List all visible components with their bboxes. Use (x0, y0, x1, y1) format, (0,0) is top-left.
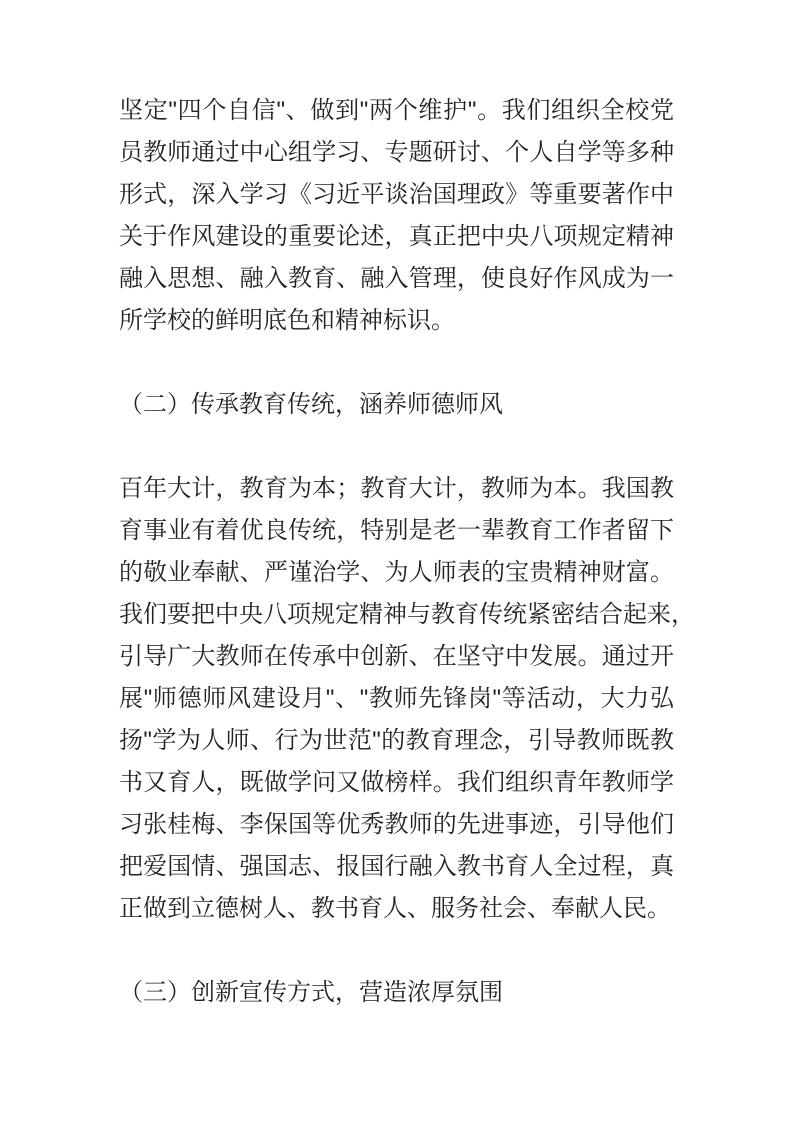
text-line: 正做到立德树人、教书育人、服务社会、奉献人民。 (119, 888, 674, 930)
text-line: 扬"学为人师、行为世范"的教育理念，引导教师既教 (119, 720, 674, 762)
text-line: 习张桂梅、李保国等优秀教师的先进事迹，引导他们 (119, 804, 674, 846)
section-heading-2: （二）传承教育传统，涵养师德师风 (119, 384, 674, 426)
section-heading-3: （三）创新宣传方式，营造浓厚氛围 (119, 972, 674, 1014)
text-line: 我们要把中央八项规定精神与教育传统紧密结合起来， (119, 594, 674, 636)
document-page: 坚定"四个自信"、做到"两个维护"。我们组织全校党 员教师通过中心组学习、专题研… (0, 0, 793, 1122)
text-line: 融入思想、融入教育、融入管理，使良好作风成为一 (119, 258, 674, 300)
text-line: 形式，深入学习《习近平谈治国理政》等重要著作中 (119, 174, 674, 216)
text-line: 育事业有着优良传统，特别是老一辈教育工作者留下 (119, 510, 674, 552)
text-line: 坚定"四个自信"、做到"两个维护"。我们组织全校党 (119, 90, 674, 132)
text-line: 所学校的鲜明底色和精神标识。 (119, 300, 674, 342)
text-line: 的敬业奉献、严谨治学、为人师表的宝贵精神财富。 (119, 552, 674, 594)
text-line: 展"师德师风建设月"、"教师先锋岗"等活动，大力弘 (119, 678, 674, 720)
text-line: 把爱国情、强国志、报国行融入教书育人全过程，真 (119, 846, 674, 888)
text-line: 关于作风建设的重要论述，真正把中央八项规定精神 (119, 216, 674, 258)
text-line: 百年大计，教育为本；教育大计，教师为本。我国教 (119, 468, 674, 510)
paragraph-section-2: 百年大计，教育为本；教育大计，教师为本。我国教 育事业有着优良传统，特别是老一辈… (119, 468, 674, 930)
text-line: 员教师通过中心组学习、专题研讨、个人自学等多种 (119, 132, 674, 174)
text-line: 书又育人，既做学问又做榜样。我们组织青年教师学 (119, 762, 674, 804)
text-line: 引导广大教师在传承中创新、在坚守中发展。通过开 (119, 636, 674, 678)
paragraph-continued: 坚定"四个自信"、做到"两个维护"。我们组织全校党 员教师通过中心组学习、专题研… (119, 90, 674, 342)
